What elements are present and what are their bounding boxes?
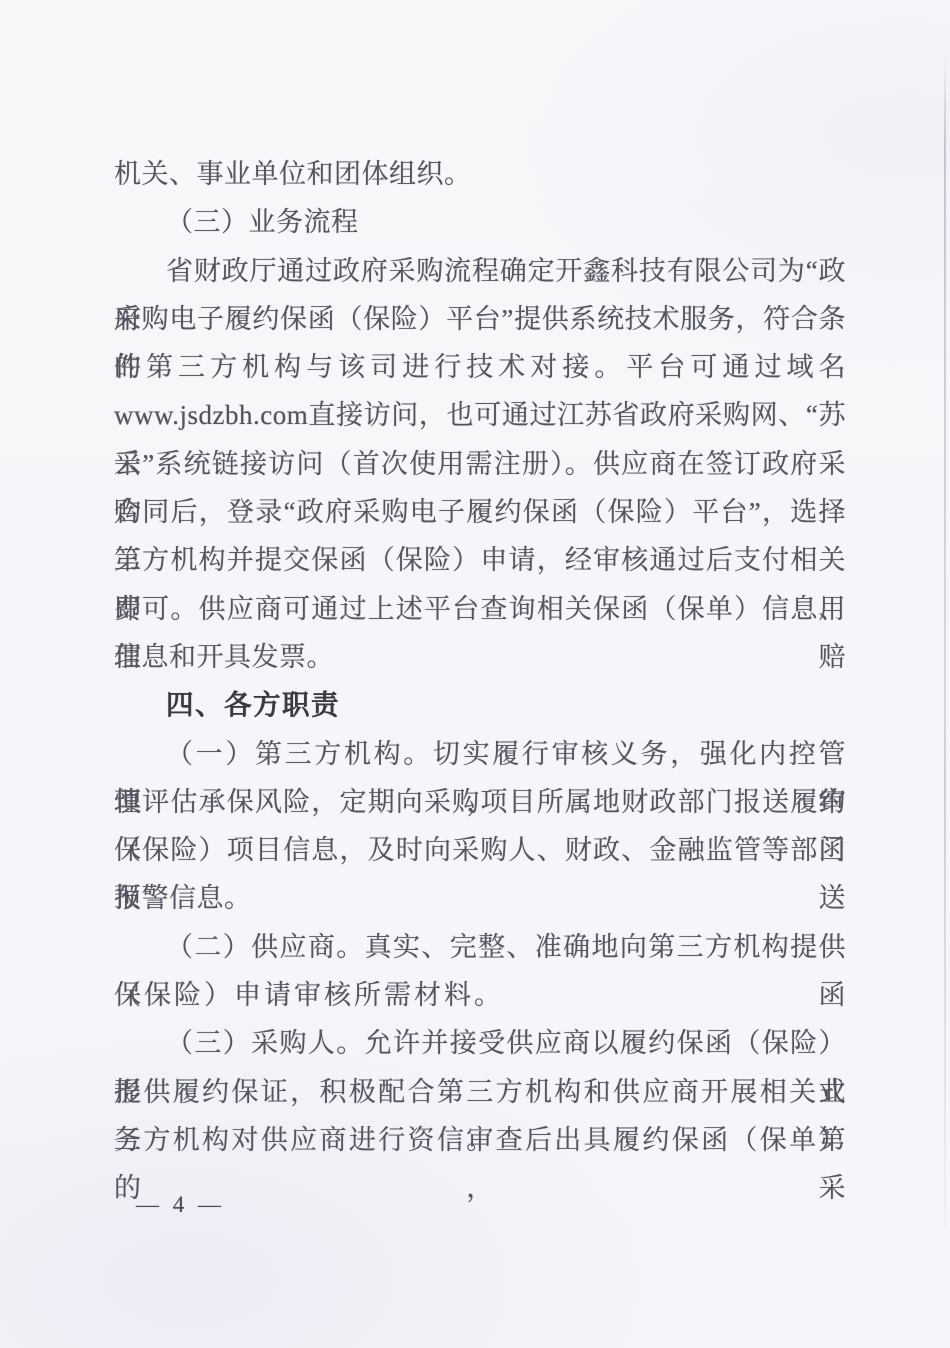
section-heading: 四、各方职责 xyxy=(114,681,846,729)
doc-line: 的第三方机构与该司进行技术对接。平台可通过域名 xyxy=(114,343,846,391)
doc-line: （二）供应商。真实、完整、准确地向第三方机构提供保函 xyxy=(114,923,846,971)
scan-edge-artifact xyxy=(944,55,946,1228)
doc-line: （三）采购人。允许并接受供应商以履约保函（保险）形式 xyxy=(114,1019,846,1067)
doc-line: 慎评估承保风险，定期向采购项目所属地财政部门报送履约保函 xyxy=(114,778,846,826)
scanned-document-page: { "document": { "lines": [ "机关、事业单位和团体组织… xyxy=(0,0,950,1348)
doc-line: （保险）项目信息，及时向采购人、财政、金融监管等部门报送 xyxy=(114,826,846,874)
doc-line: 三方机构并提交保函（保险）申请，经审核通过后支付相关费用 xyxy=(114,536,846,584)
doc-line: （三）业务流程 xyxy=(114,198,846,246)
doc-line: 三方机构对供应商进行资信审查后出具履约保函（保单）的，采 xyxy=(114,1116,846,1164)
doc-line: （一）第三方机构。切实履行审核义务，强化内控管理，审 xyxy=(114,730,846,778)
doc-line: 提供履约保证，积极配合第三方机构和供应商开展相关业务。第 xyxy=(114,1068,846,1116)
doc-line: 省财政厅通过政府采购流程确定开鑫科技有限公司为“政府 xyxy=(114,247,846,295)
page-number: — 4 — xyxy=(136,1190,225,1220)
doc-line: 云”系统链接访问（首次使用需注册）。供应商在签订政府采购 xyxy=(114,440,846,488)
doc-line: 合同后，登录“政府采购电子履约保函（保险）平台”，选择第 xyxy=(114,488,846,536)
doc-line: 采购电子履约保函（保险）平台”提供系统技术服务，符合条件 xyxy=(114,295,846,343)
doc-line: www.jsdzbh.com直接访问，也可通过江苏省政府采购网、“苏采 xyxy=(114,391,846,439)
document-body: 机关、事业单位和团体组织。 （三）业务流程 省财政厅通过政府采购流程确定开鑫科技… xyxy=(114,150,846,1164)
doc-line: 机关、事业单位和团体组织。 xyxy=(114,150,846,198)
doc-line: 即可。供应商可通过上述平台查询相关保函（保单）信息、理赔 xyxy=(114,585,846,633)
